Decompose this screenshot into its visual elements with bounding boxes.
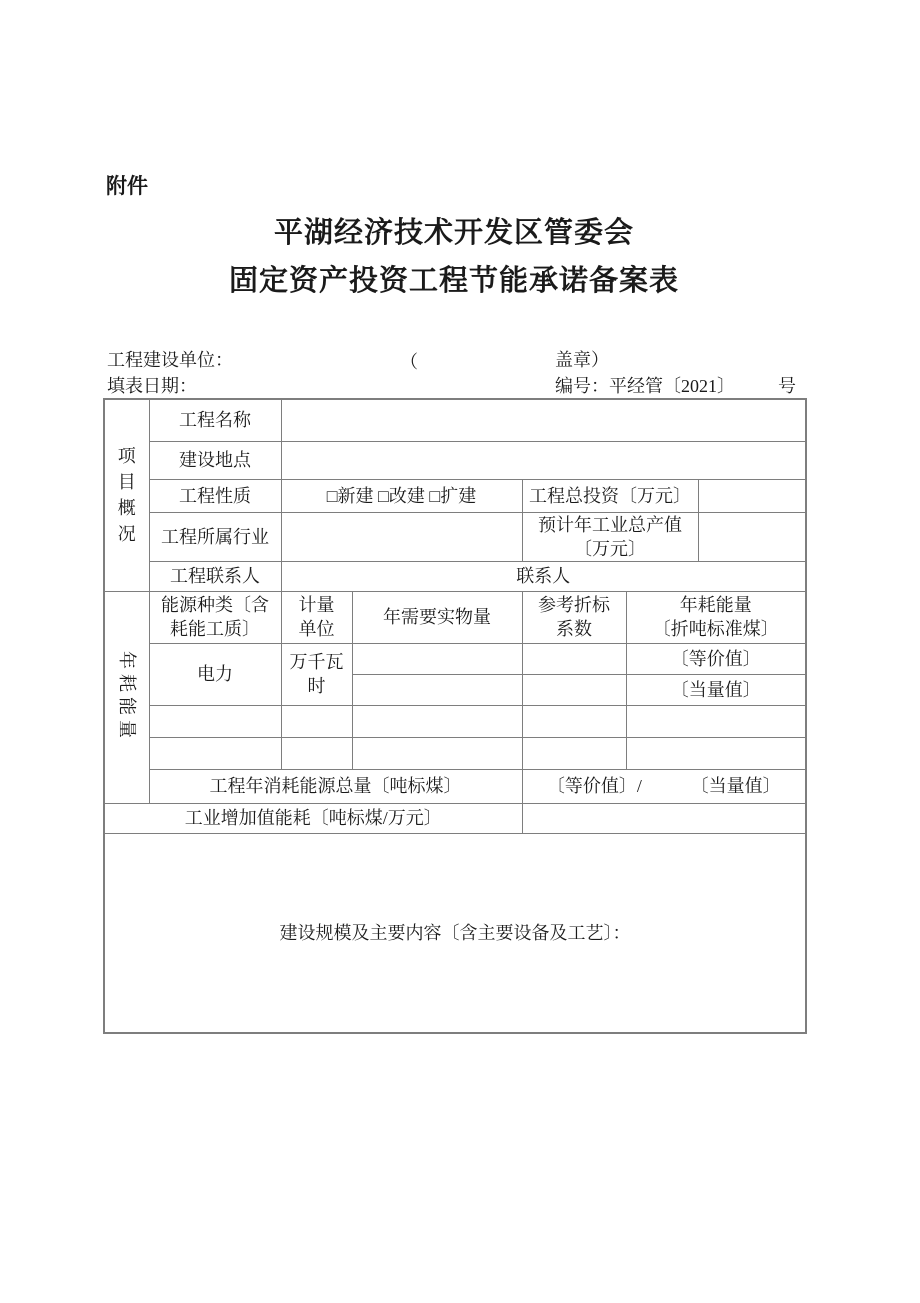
electricity-amount-equivalent-input[interactable] xyxy=(352,643,522,674)
annual-output-label: 预计年工业总产值 〔万元〕 xyxy=(522,512,698,561)
construction-location-input[interactable] xyxy=(281,441,806,479)
construction-unit-label: 工程建设单位： xyxy=(107,346,233,372)
document-number-suffix: 号 xyxy=(778,372,796,398)
document-page: 附件 平湖经济技术开发区管委会 固定资产投资工程节能承诺备案表 工程建设单位： … xyxy=(0,0,920,1303)
equivalent-value-cell[interactable]: 〔等价值〕 xyxy=(626,643,806,674)
quantity-value-cell[interactable]: 〔当量值〕 xyxy=(626,674,806,705)
electricity-label: 电力 xyxy=(149,643,281,705)
total-investment-input[interactable] xyxy=(698,479,806,512)
total-consumption-label: 工程年消耗能源总量〔吨标煤〕 xyxy=(149,769,522,803)
attachment-label: 附件 xyxy=(106,170,148,200)
seal-label: 盖章） xyxy=(555,346,609,372)
intensity-label: 工业增加值能耗〔吨标煤/万元〕 xyxy=(104,803,522,833)
energy-row1-consumption-input[interactable] xyxy=(626,705,806,737)
header-energy-source: 能源种类〔含 耗能工质〕 xyxy=(149,591,281,643)
energy-row1-amount-input[interactable] xyxy=(352,705,522,737)
annual-output-input[interactable] xyxy=(698,512,806,561)
energy-row2-consumption-input[interactable] xyxy=(626,737,806,769)
document-title-line2: 固定资产投资工程节能承诺备案表 xyxy=(103,258,805,299)
electricity-unit-label: 万千瓦 时 xyxy=(281,643,352,705)
total-investment-label: 工程总投资〔万元〕 xyxy=(522,479,698,512)
header-measure-unit: 计量 单位 xyxy=(281,591,352,643)
contact-person-input[interactable]: 联系人 xyxy=(281,561,806,591)
annual-energy-vertical-text: 年耗能量 xyxy=(115,651,139,743)
energy-row2-unit-input[interactable] xyxy=(281,737,352,769)
electricity-factor-equivalent-input[interactable] xyxy=(522,643,626,674)
total-consumption-value-cell[interactable]: 〔等价值〕/ 〔当量值〕 xyxy=(522,769,806,803)
total-quantity-label: 〔当量值〕 xyxy=(691,774,781,798)
electricity-factor-quantity-input[interactable] xyxy=(522,674,626,705)
project-contact-label: 工程联系人 xyxy=(149,561,281,591)
industry-label: 工程所属行业 xyxy=(149,512,281,561)
seal-open-paren: （ xyxy=(400,348,418,374)
section-annual-energy-label: 年耗能量 xyxy=(104,591,149,803)
energy-row2-source-input[interactable] xyxy=(149,737,281,769)
header-annual-consumption: 年耗能量 〔折吨标准煤〕 xyxy=(626,591,806,643)
energy-row1-factor-input[interactable] xyxy=(522,705,626,737)
form-info-block: 工程建设单位： （ 盖章） 填表日期： 编号：平经管〔2021〕 号 xyxy=(103,344,805,398)
project-nature-options[interactable]: □新建 □改建 □扩建 xyxy=(281,479,522,512)
energy-row1-unit-input[interactable] xyxy=(281,705,352,737)
energy-row2-amount-input[interactable] xyxy=(352,737,522,769)
project-name-input[interactable] xyxy=(281,399,806,441)
energy-row1-source-input[interactable] xyxy=(149,705,281,737)
project-nature-label: 工程性质 xyxy=(149,479,281,512)
construction-location-label: 建设地点 xyxy=(149,441,281,479)
header-annual-physical-amount: 年需要实物量 xyxy=(352,591,522,643)
section-project-overview-label: 项目概况 xyxy=(104,399,149,591)
fill-date-label: 填表日期： xyxy=(107,372,197,398)
header-conversion-factor: 参考折标 系数 xyxy=(522,591,626,643)
construction-scale-cell[interactable]: 建设规模及主要内容〔含主要设备及工艺〕： xyxy=(104,833,806,1033)
energy-commitment-form-table: 项目概况 工程名称 建设地点 工程性质 □新建 □改建 □扩建 工程总投资〔万元… xyxy=(103,398,807,1034)
industry-input[interactable] xyxy=(281,512,522,561)
project-overview-vertical-text: 项目概况 xyxy=(117,443,137,547)
document-title-line1: 平湖经济技术开发区管委会 xyxy=(103,210,805,251)
document-number-label: 编号：平经管〔2021〕 xyxy=(555,372,735,398)
project-name-label: 工程名称 xyxy=(149,399,281,441)
energy-row2-factor-input[interactable] xyxy=(522,737,626,769)
total-consumption-value-split: 〔等价值〕/ 〔当量值〕 xyxy=(523,774,806,798)
total-equivalent-label: 〔等价值〕/ xyxy=(547,774,642,798)
intensity-input[interactable] xyxy=(522,803,806,833)
electricity-amount-quantity-input[interactable] xyxy=(352,674,522,705)
